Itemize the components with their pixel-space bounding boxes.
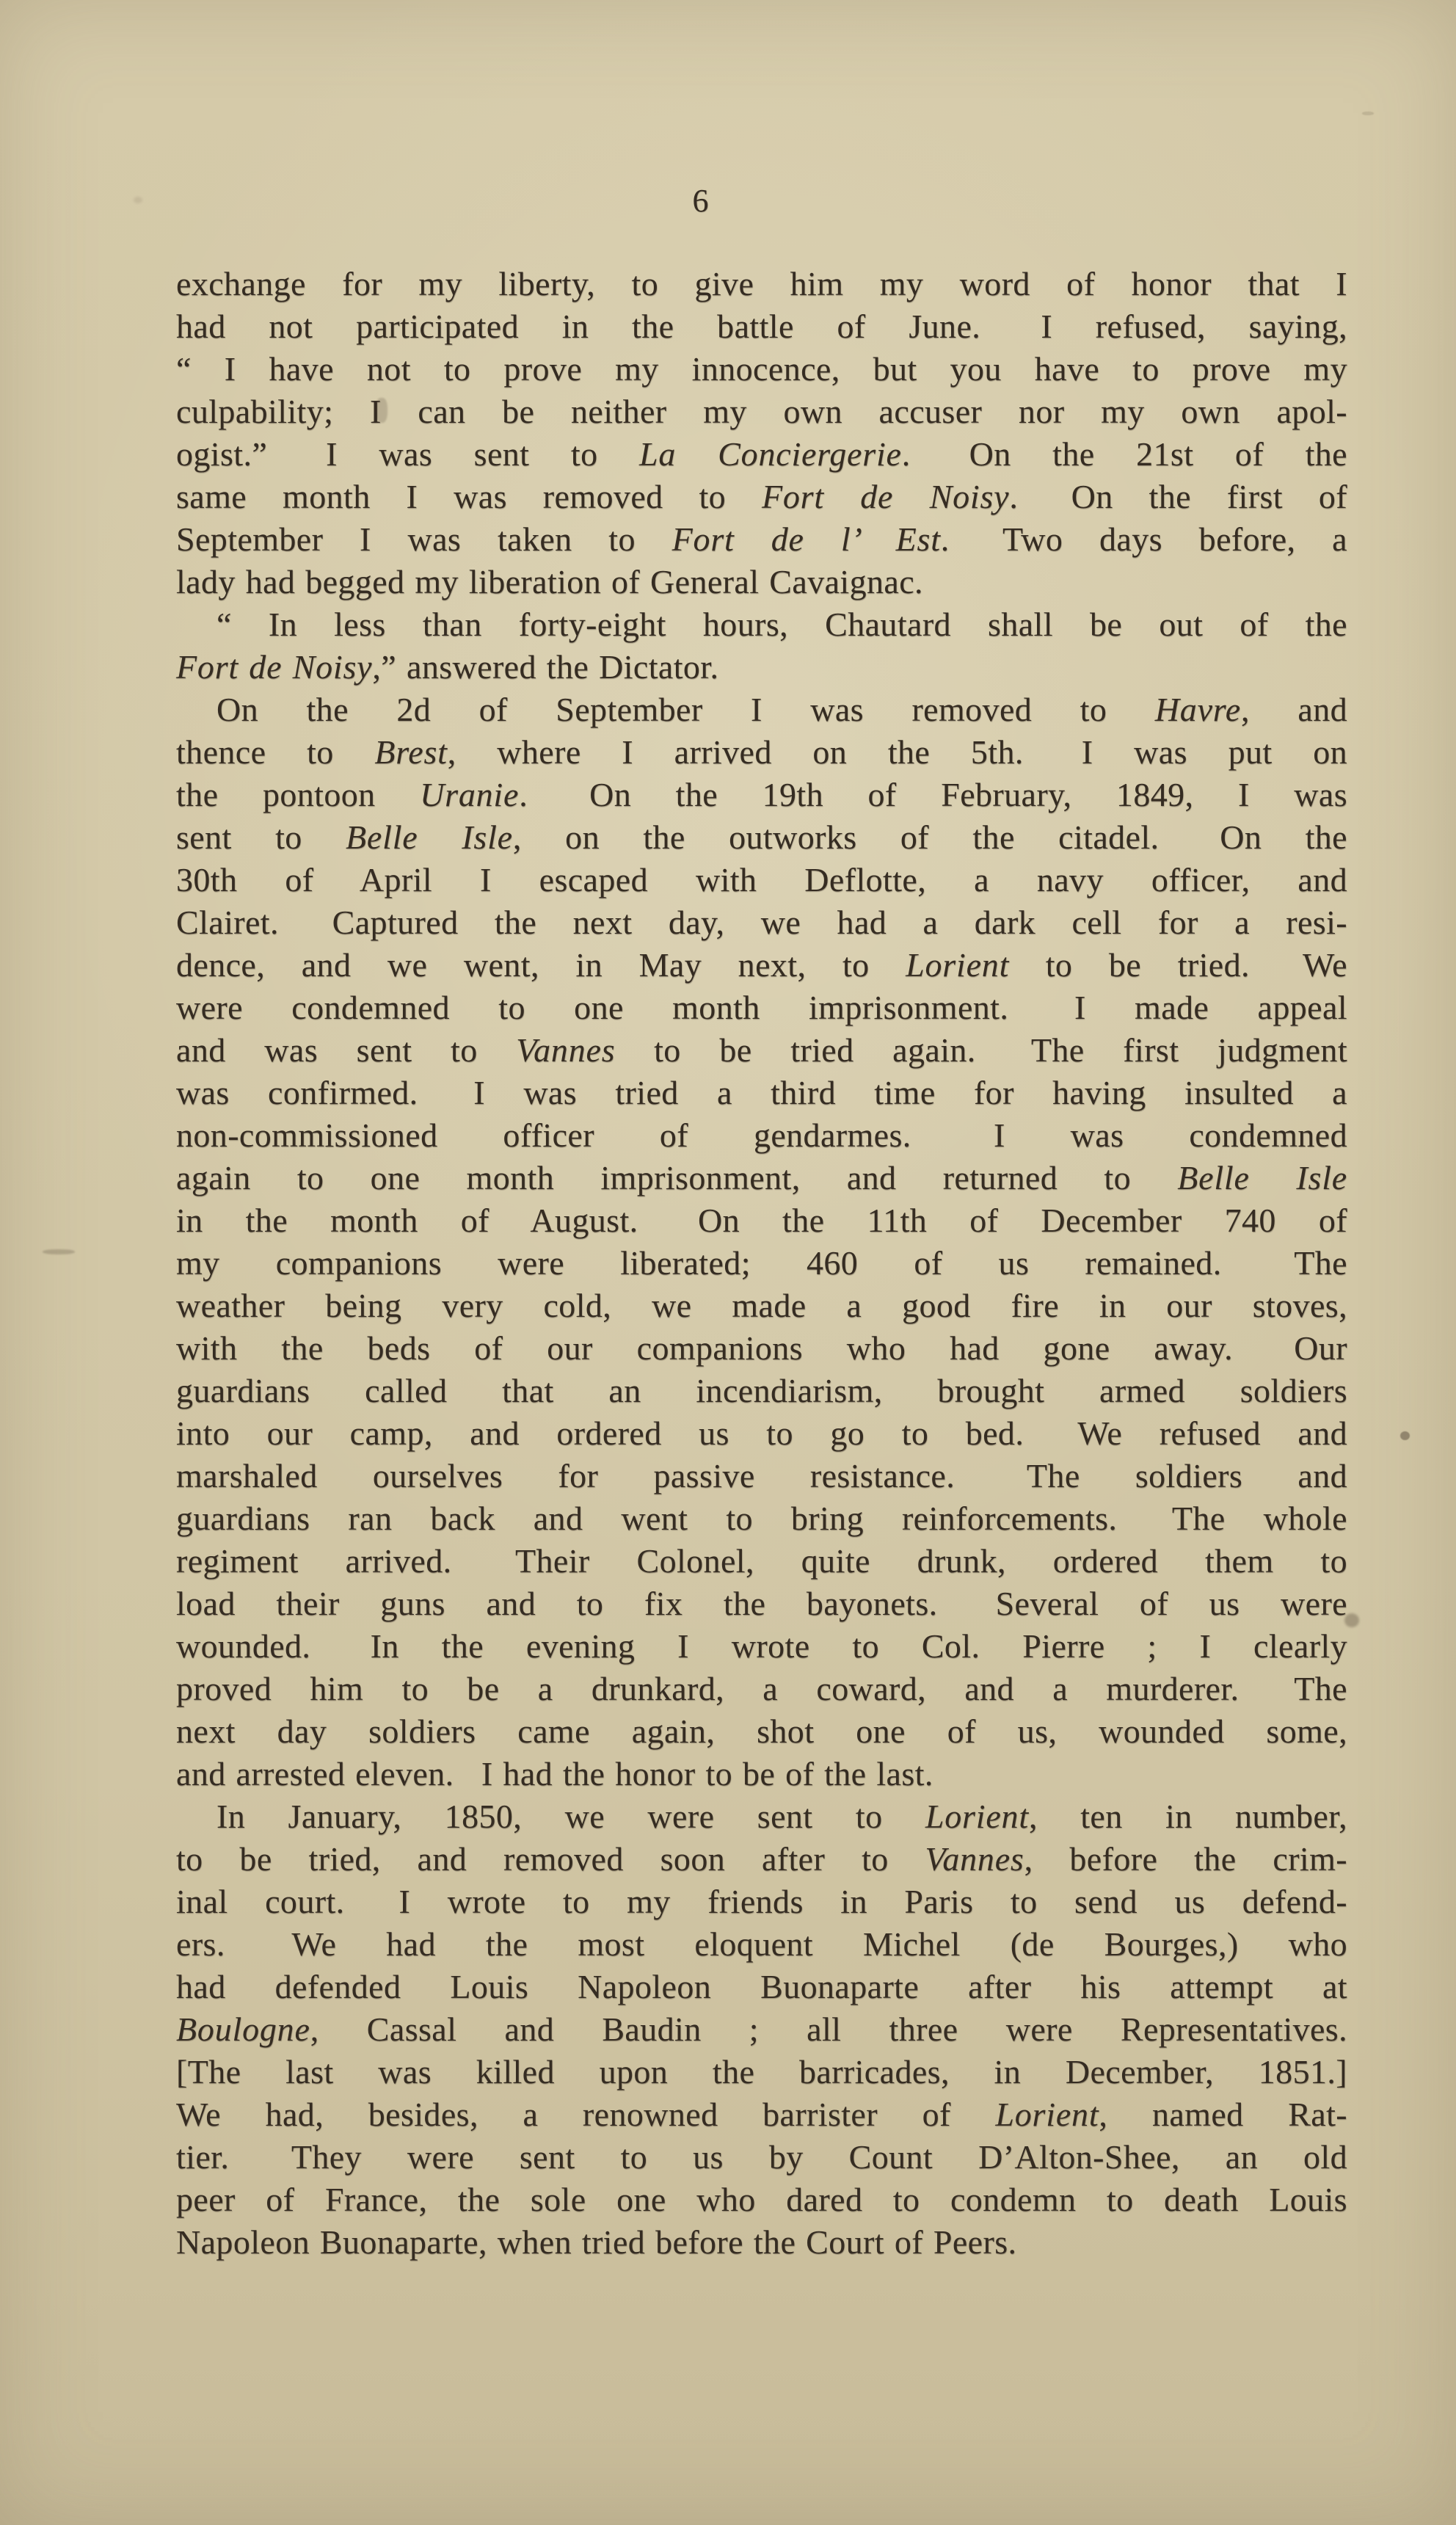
page-number: 6 [0, 182, 1402, 220]
body-text: September I was taken to [176, 520, 672, 558]
ink-speck [134, 197, 142, 203]
body-text: tier. They were sent to us by Count D’Al… [176, 2138, 1347, 2176]
body-text: inal court. I wrote to my friends in Par… [176, 1883, 1347, 1920]
body-text: . Two days before, a [941, 520, 1347, 558]
body-text: load their guns and to fix the bayonets.… [176, 1585, 1347, 1622]
text-line: into our camp, and ordered us to go to b… [176, 1412, 1347, 1455]
ink-speck [43, 1249, 75, 1254]
body-text: ogist.” I was sent to [176, 435, 639, 473]
body-text: “ In less than forty-eight hours, Chauta… [216, 606, 1347, 643]
text-line: September I was taken to Fort de l’ Est.… [176, 518, 1347, 561]
body-text: peer of France, the sole one who dared t… [176, 2181, 1347, 2218]
ink-speck [1362, 112, 1374, 115]
body-text: , named Rat- [1099, 2096, 1347, 2133]
text-line: “ I have not to prove my innocence, but … [176, 348, 1347, 390]
text-line: had defended Louis Napoleon Buonaparte a… [176, 1966, 1347, 2008]
body-text: Clairet. Captured the next day, we had a… [176, 904, 1347, 941]
body-text: 30th of April I escaped with Deflotte, a… [176, 861, 1347, 898]
body-text: , Cassal and Baudin ; all three were Rep… [310, 2010, 1347, 2048]
text-line: same month I was removed to Fort de Nois… [176, 476, 1347, 518]
body-text: , before the crim- [1024, 1840, 1347, 1878]
body-text: , where I arrived on the 5th. I was put … [448, 733, 1347, 771]
body-text: On the 2d of September I was removed to [216, 691, 1155, 728]
text-line: were condemned to one month imprisonment… [176, 987, 1347, 1029]
text-line: Fort de Noisy,” answered the Dictator. [176, 646, 1347, 689]
body-text: culpability; I can be neither my own acc… [176, 393, 1347, 430]
body-text: had defended Louis Napoleon Buonaparte a… [176, 1968, 1347, 2005]
text-line: On the 2d of September I was removed to … [176, 689, 1347, 731]
body-text: , and [1241, 691, 1347, 728]
body-text: in the month of August. On the 11th of D… [176, 1202, 1347, 1239]
text-line: thence to Brest, where I arrived on the … [176, 731, 1347, 774]
text-line: with the beds of our companions who had … [176, 1327, 1347, 1370]
text-line: exchange for my liberty, to give him my … [176, 263, 1347, 305]
body-text: proved him to be a drunkard, a coward, a… [176, 1670, 1347, 1707]
body-text: guardians ran back and went to bring rei… [176, 1500, 1347, 1537]
body-text: sent to [176, 818, 346, 856]
text-line: dence, and we went, in May next, to Lori… [176, 944, 1347, 987]
text-line: In January, 1850, we were sent to Lorien… [176, 1795, 1347, 1838]
body-text: was confirmed. I was tried a third time … [176, 1074, 1347, 1111]
text-line: non-commissioned officer of gendarmes. I… [176, 1114, 1347, 1157]
text-line: my companions were liberated; 460 of us … [176, 1242, 1347, 1285]
text-line: wounded. In the evening I wrote to Col. … [176, 1625, 1347, 1668]
body-text: to be tried. We [1009, 946, 1347, 984]
body-text: “ I have not to prove my innocence, but … [176, 350, 1347, 388]
text-line: peer of France, the sole one who dared t… [176, 2179, 1347, 2221]
ink-smudge [376, 398, 387, 423]
body-text: thence to [176, 733, 374, 771]
text-line: culpability; I can be neither my own acc… [176, 390, 1347, 433]
body-text: lady had begged my liberation of General… [176, 563, 923, 600]
body-text: my companions were liberated; 460 of us … [176, 1244, 1347, 1282]
text-line: the pontoon Uranie. On the 19th of Febru… [176, 774, 1347, 816]
body-text: next day soldiers came again, shot one o… [176, 1712, 1347, 1750]
text-line: load their guns and to fix the bayonets.… [176, 1583, 1347, 1625]
text-line: guardians called that an incendiarism, b… [176, 1370, 1347, 1412]
body-text: ,” answered the Dictator. [372, 648, 718, 686]
body-text: [The last was killed upon the barricades… [176, 2053, 1347, 2090]
body-text: weather being very cold, we made a good … [176, 1287, 1347, 1324]
italic-text: Uranie [420, 776, 519, 813]
text-line: again to one month imprisonment, and ret… [176, 1157, 1347, 1199]
body-text: . On the 19th of February, 1849, I was [519, 776, 1347, 813]
text-line: was confirmed. I was tried a third time … [176, 1072, 1347, 1114]
italic-text: Vannes [516, 1031, 615, 1069]
body-text: , on the outworks of the citadel. On the [513, 818, 1347, 856]
text-line: 30th of April I escaped with Deflotte, a… [176, 859, 1347, 901]
text-line: proved him to be a drunkard, a coward, a… [176, 1668, 1347, 1710]
text-line: had not participated in the battle of Ju… [176, 305, 1347, 348]
body-text: into our camp, and ordered us to go to b… [176, 1414, 1347, 1452]
body-text: the pontoon [176, 776, 420, 813]
italic-text: Havre [1155, 691, 1241, 728]
body-text: guardians called that an incendiarism, b… [176, 1372, 1347, 1409]
italic-text: Vannes [925, 1840, 1024, 1878]
body-text: were condemned to one month imprisonment… [176, 989, 1347, 1026]
text-line: sent to Belle Isle, on the outworks of t… [176, 816, 1347, 859]
italic-text: Belle Isle [346, 818, 513, 856]
text-line: Clairet. Captured the next day, we had a… [176, 901, 1347, 944]
italic-text: Brest [374, 733, 447, 771]
body-text: We had, besides, a renowned barrister of [176, 2096, 995, 2133]
ink-speck [1344, 1613, 1359, 1627]
text-line: We had, besides, a renowned barrister of… [176, 2093, 1347, 2136]
text-line: ogist.” I was sent to La Conciergerie. O… [176, 433, 1347, 476]
body-text: and was sent to [176, 1031, 516, 1069]
body-text: and arrested eleven. I had the honor to … [176, 1755, 933, 1792]
italic-text: Fort de Noisy [762, 478, 1009, 515]
body-text: same month I was removed to [176, 478, 762, 515]
text-line: lady had begged my liberation of General… [176, 561, 1347, 603]
text-line: inal court. I wrote to my friends in Par… [176, 1881, 1347, 1923]
text-line: weather being very cold, we made a good … [176, 1285, 1347, 1327]
italic-text: Fort de l’ Est [672, 520, 941, 558]
italic-text: Boulogne [176, 2010, 310, 2048]
body-text: marshaled ourselves for passive resistan… [176, 1457, 1347, 1494]
body-text: to be tried, and removed soon after to [176, 1840, 925, 1878]
text-line: regiment arrived. Their Colonel, quite d… [176, 1540, 1347, 1583]
text-block: exchange for my liberty, to give him my … [176, 263, 1347, 2264]
text-line: “ In less than forty-eight hours, Chauta… [176, 603, 1347, 646]
text-line: ers. We had the most eloquent Michel (de… [176, 1923, 1347, 1966]
text-line: in the month of August. On the 11th of D… [176, 1199, 1347, 1242]
body-text: to be tried again. The first judgment [615, 1031, 1347, 1069]
body-text: had not participated in the battle of Ju… [176, 308, 1347, 345]
text-line: [The last was killed upon the barricades… [176, 2051, 1347, 2093]
body-text: In January, 1850, we were sent to [216, 1798, 925, 1835]
ink-speck [1400, 1431, 1410, 1440]
italic-text: La Conciergerie [639, 435, 902, 473]
text-line: Napoleon Buonaparte, when tried before t… [176, 2221, 1347, 2264]
body-text: with the beds of our companions who had … [176, 1329, 1347, 1367]
italic-text: Fort de Noisy [176, 648, 372, 686]
body-text: wounded. In the evening I wrote to Col. … [176, 1627, 1347, 1665]
book-page: 6 exchange for my liberty, to give him m… [0, 0, 1456, 2525]
italic-text: Belle Isle [1177, 1159, 1347, 1196]
text-line: guardians ran back and went to bring rei… [176, 1497, 1347, 1540]
text-line: to be tried, and removed soon after to V… [176, 1838, 1347, 1881]
body-text: Napoleon Buonaparte, when tried before t… [176, 2223, 1016, 2261]
body-text: non-commissioned officer of gendarmes. I… [176, 1116, 1347, 1154]
body-text: . On the first of [1009, 478, 1347, 515]
italic-text: Lorient [995, 2096, 1099, 2133]
body-text: regiment arrived. Their Colonel, quite d… [176, 1542, 1347, 1580]
text-line: and arrested eleven. I had the honor to … [176, 1753, 1347, 1795]
body-text: . On the 21st of the [902, 435, 1347, 473]
body-text: , ten in number, [1029, 1798, 1347, 1835]
body-text: ers. We had the most eloquent Michel (de… [176, 1925, 1347, 1963]
text-line: tier. They were sent to us by Count D’Al… [176, 2136, 1347, 2179]
body-text: again to one month imprisonment, and ret… [176, 1159, 1177, 1196]
italic-text: Lorient [906, 946, 1009, 984]
body-text: exchange for my liberty, to give him my … [176, 265, 1347, 302]
text-line: Boulogne, Cassal and Baudin ; all three … [176, 2008, 1347, 2051]
text-line: marshaled ourselves for passive resistan… [176, 1455, 1347, 1497]
body-text: dence, and we went, in May next, to [176, 946, 906, 984]
text-line: next day soldiers came again, shot one o… [176, 1710, 1347, 1753]
text-line: and was sent to Vannes to be tried again… [176, 1029, 1347, 1072]
italic-text: Lorient [925, 1798, 1029, 1835]
